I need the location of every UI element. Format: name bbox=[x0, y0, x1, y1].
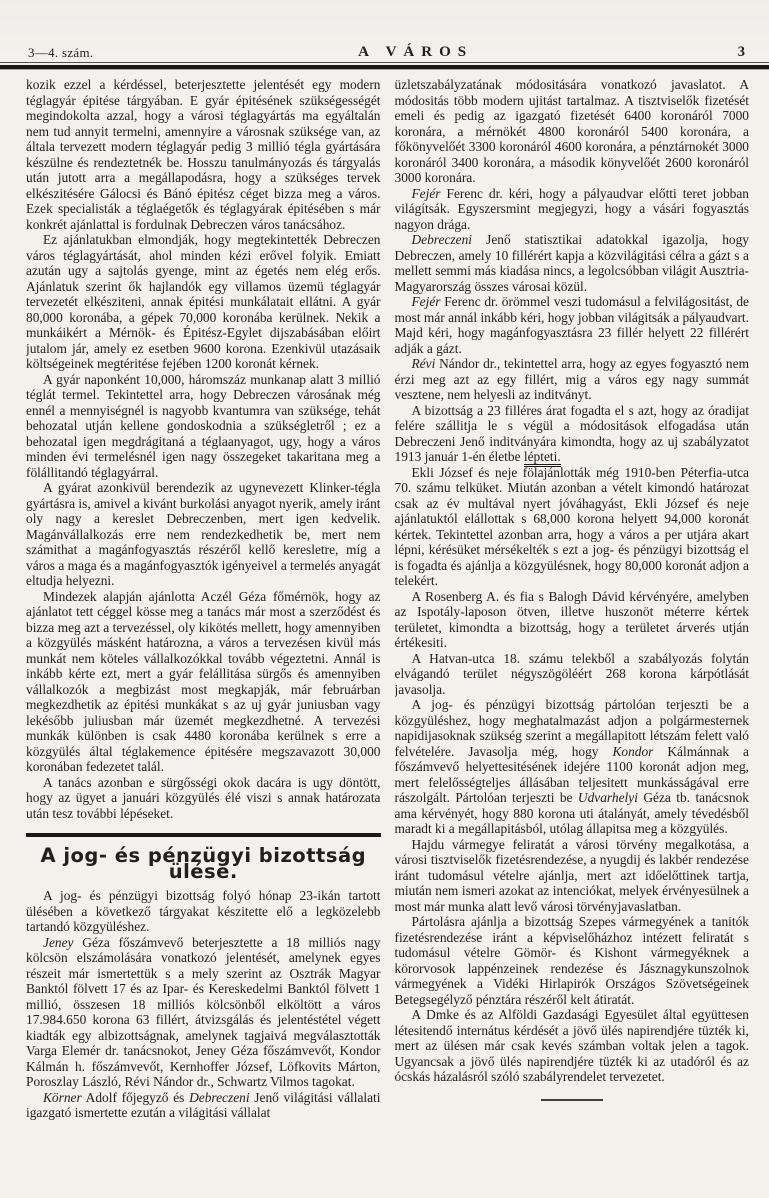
newspaper-title: A VÁROS bbox=[93, 44, 737, 61]
paragraph: A bizottság a 23 filléres árat fogadta e… bbox=[395, 403, 750, 465]
paragraph: Debreczeni Jenő statisztikai adatokkal i… bbox=[395, 232, 750, 294]
paragraph: A gyárat azonkivül berendezik az ugyneve… bbox=[26, 480, 381, 589]
article-columns: kozik ezzel a kérdéssel, beterjesztette … bbox=[0, 69, 769, 1181]
paragraph: Hajdu vármegye feliratát a városi törvén… bbox=[395, 837, 750, 915]
paragraph: Pártolásra ajánlja a bizottság Szepes vá… bbox=[395, 914, 750, 1007]
issue-number: 3—4. szám. bbox=[28, 45, 93, 61]
right-column: üzletszabályzatának módositására vonatko… bbox=[395, 77, 750, 1181]
person-name-italic: Körner bbox=[43, 1090, 82, 1105]
person-name-italic: Udvarhelyi bbox=[578, 790, 638, 805]
paragraph: üzletszabályzatának módositására vonatko… bbox=[395, 77, 750, 186]
paragraph: A tanács azonban e sürgősségi okok dacár… bbox=[26, 775, 381, 822]
page-number: 3 bbox=[738, 44, 745, 61]
paragraph: A Hatvan-utca 18. számu telekből a szabá… bbox=[395, 651, 750, 698]
left-column: kozik ezzel a kérdéssel, beterjesztette … bbox=[26, 77, 381, 1181]
paragraph: Körner Adolf főjegyző és Debreczeni Jenő… bbox=[26, 1090, 381, 1121]
paragraph: Ekli József és neje fölajánlották még 19… bbox=[395, 465, 750, 589]
section-divider-rule bbox=[26, 833, 381, 837]
article-end-divider bbox=[541, 1099, 603, 1101]
person-name-italic: Révi bbox=[412, 356, 436, 371]
person-name-italic: Fejér bbox=[412, 186, 441, 201]
paragraph: Fejér Ferenc dr. örömmel veszi tudomásul… bbox=[395, 294, 750, 356]
paragraph: Fejér Ferenc dr. kéri, hogy a pályaudvar… bbox=[395, 186, 750, 233]
person-name-italic: Kondor bbox=[612, 744, 653, 759]
paragraph: A jog- és pénzügyi bizottság folyó hónap… bbox=[26, 888, 381, 935]
newspaper-page: 3—4. szám. A VÁROS 3 kozik ezzel a kérdé… bbox=[0, 0, 769, 1198]
paragraph: Jeney Géza főszámvevő beterjesztette a 1… bbox=[26, 935, 381, 1090]
paragraph: A Dmke és az Alföldi Gazdasági Egyesület… bbox=[395, 1007, 750, 1085]
header-rule-thin bbox=[0, 62, 769, 63]
paragraph: Mindezek alapján ajánlotta Aczél Géza fő… bbox=[26, 589, 381, 775]
person-name-italic: Debreczeni bbox=[412, 232, 472, 247]
person-name-italic: Fejér bbox=[412, 294, 441, 309]
paragraph: Ez ajánlatukban elmondják, hogy megtekin… bbox=[26, 232, 381, 372]
section-heading: A jog- és pénzügyi bizottság ülése. bbox=[26, 848, 381, 879]
page-header: 3—4. szám. A VÁROS 3 bbox=[0, 0, 769, 62]
paragraph: kozik ezzel a kérdéssel, beterjesztette … bbox=[26, 77, 381, 232]
person-name-italic: Jeney bbox=[43, 935, 73, 950]
paragraph: A Rosenberg A. és fia s Balogh Dávid kér… bbox=[395, 589, 750, 651]
person-name-italic: Debreczeni bbox=[189, 1090, 249, 1105]
paragraph: Révi Nándor dr., tekintettel arra, hogy … bbox=[395, 356, 750, 403]
paragraph: A gyár naponként 10,000, háromszáz munka… bbox=[26, 372, 381, 481]
paragraph: A jog- és pénzügyi bizottság pártolóan t… bbox=[395, 697, 750, 837]
